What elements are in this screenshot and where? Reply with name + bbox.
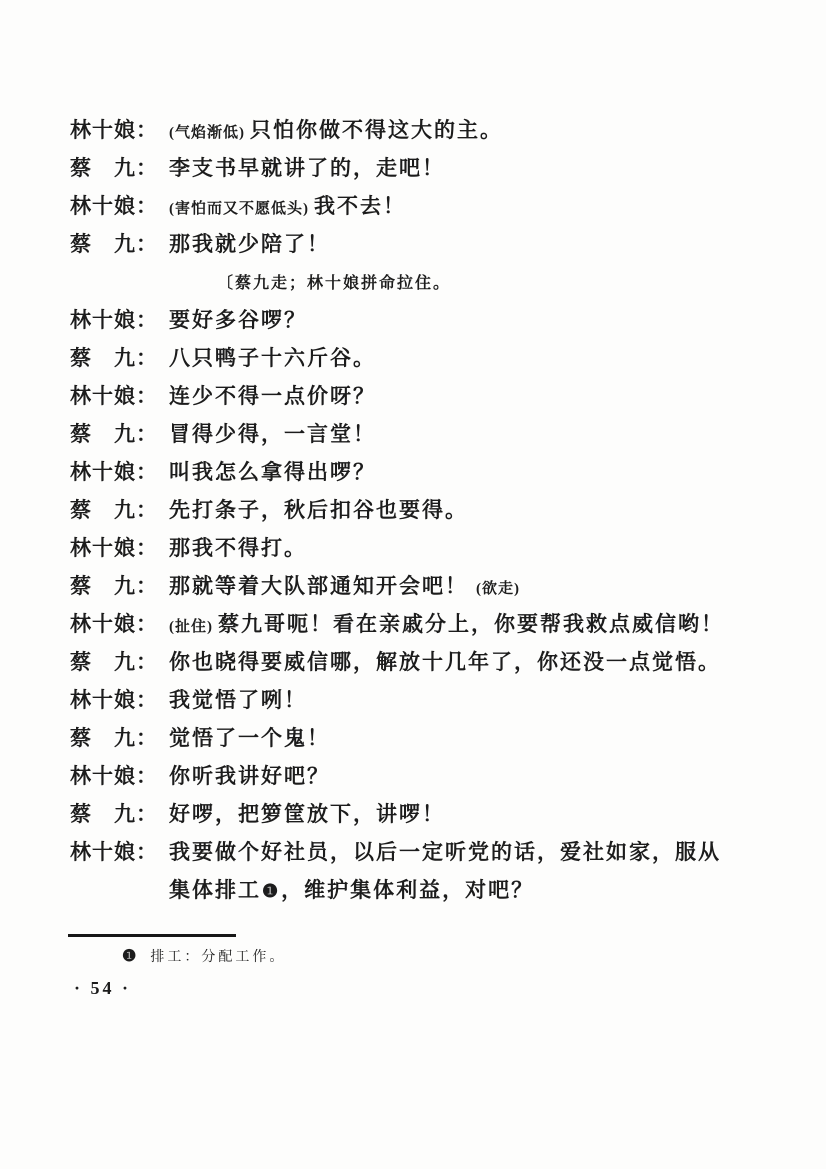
speaker-label: 蔡 九： — [70, 342, 169, 372]
speech-text: 冒得少得，一言堂！ — [169, 422, 376, 446]
speech-text: 那就等着大队部通知开会吧！ — [169, 574, 468, 598]
footnote-text: 排工：分配工作。 — [150, 946, 286, 966]
dialogue-line: 林十娘： (扯住)蔡九哥呃！看在亲戚分上，你要帮我救点威信哟！ — [70, 604, 776, 642]
speaker-label: 蔡 九： — [70, 722, 169, 752]
dialogue-line: 林十娘： 要好多谷啰？ — [70, 300, 776, 338]
footnote-marker: ❶ — [122, 946, 136, 966]
speaker-label: 蔡 九： — [70, 570, 169, 600]
speaker-label: 林十娘： — [70, 114, 169, 144]
page-number: · 54 · — [74, 978, 131, 999]
dialogue-line: 林十娘： 连少不得一点价呀？ — [70, 376, 776, 414]
dialogue-line: 林十娘： (害怕而又不愿低头)我不去！ — [70, 186, 776, 224]
speech-text: 那我不得打。 — [169, 536, 307, 560]
dialogue-line: 林十娘： 我觉悟了咧！ — [70, 680, 776, 718]
dialogue-line: 蔡 九： 好啰，把箩筐放下，讲啰！ — [70, 794, 776, 832]
dialogue-line: 蔡 九： 觉悟了一个鬼！ — [70, 718, 776, 756]
dialogue-line: 林十娘： 叫我怎么拿得出啰？ — [70, 452, 776, 490]
speech-text: 八只鸭子十六斤谷。 — [169, 346, 376, 370]
document-page: 林十娘： (气焰渐低)只怕你做不得这大的主。 蔡 九： 李支书早就讲了的，走吧！… — [0, 0, 826, 1169]
speaker-label: 蔡 九： — [70, 494, 169, 524]
speech-text: 连少不得一点价呀？ — [169, 384, 376, 408]
footnote-divider — [68, 934, 236, 937]
speaker-label: 蔡 九： — [70, 152, 169, 182]
speech-text: 先打条子，秋后扣谷也要得。 — [169, 498, 468, 522]
dialogue-continuation-line: 集体排工❶，维护集体利益，对吧？ — [70, 870, 776, 908]
dialogue-line: 林十娘： 你听我讲好吧？ — [70, 756, 776, 794]
dialogue-line: 林十娘： 我要做个好社员，以后一定听党的话，爱社如家，服从 — [70, 832, 776, 870]
dialogue-line: 蔡 九： 先打条子，秋后扣谷也要得。 — [70, 490, 776, 528]
speech-text: 集体排工 — [169, 878, 261, 902]
speaker-label: 林十娘： — [70, 190, 169, 220]
speech-text: 好啰，把箩筐放下，讲啰！ — [169, 802, 445, 826]
inline-stage-direction: (害怕而又不愿低头) — [169, 201, 309, 217]
dialogue-line: 林十娘： (气焰渐低)只怕你做不得这大的主。 — [70, 110, 776, 148]
speaker-label: 林十娘： — [70, 608, 169, 638]
speaker-label: 林十娘： — [70, 760, 169, 790]
dialogue-line: 蔡 九： 八只鸭子十六斤谷。 — [70, 338, 776, 376]
footnote: ❶ 排工：分配工作。 — [122, 946, 286, 966]
speaker-label: 林十娘： — [70, 532, 169, 562]
dialogue-line: 林十娘： 那我不得打。 — [70, 528, 776, 566]
speech-text: 只怕你做不得这大的主。 — [250, 118, 503, 142]
dialogue-line: 蔡 九： 你也晓得要威信哪，解放十几年了，你还没一点觉悟。 — [70, 642, 776, 680]
speaker-label: 蔡 九： — [70, 798, 169, 828]
speech-text: 觉悟了一个鬼！ — [169, 726, 330, 750]
speech-text: 李支书早就讲了的，走吧！ — [169, 156, 445, 180]
dialogue-line: 蔡 九： 那我就少陪了！ — [70, 224, 776, 262]
dialogue-line: 蔡 九： 李支书早就讲了的，走吧！ — [70, 148, 776, 186]
speaker-label: 林十娘： — [70, 836, 169, 866]
speech-text: 我要做个好社员，以后一定听党的话，爱社如家，服从 — [169, 840, 721, 864]
speech-text: 我不去！ — [314, 194, 406, 218]
inline-stage-direction: (欲走) — [476, 581, 520, 597]
speaker-label: 林十娘： — [70, 684, 169, 714]
dialogue-line: 蔡 九： 那就等着大队部通知开会吧！(欲走) — [70, 566, 776, 604]
speaker-label: 林十娘： — [70, 304, 169, 334]
footnote-reference-marker: ❶ — [262, 881, 280, 901]
speaker-label: 林十娘： — [70, 380, 169, 410]
speech-text: 我觉悟了咧！ — [169, 688, 307, 712]
inline-stage-direction: (扯住) — [169, 619, 213, 635]
speech-text: 你听我讲好吧？ — [169, 764, 330, 788]
speech-text: 你也晓得要威信哪，解放十几年了，你还没一点觉悟。 — [169, 650, 721, 674]
stage-direction-line: 〔蔡九走；林十娘拼命拉住。 — [70, 262, 776, 300]
speaker-label: 蔡 九： — [70, 646, 169, 676]
dialogue-line: 蔡 九： 冒得少得，一言堂！ — [70, 414, 776, 452]
speech-text: 那我就少陪了！ — [169, 232, 330, 256]
speech-text: 叫我怎么拿得出啰？ — [169, 460, 376, 484]
speech-text: 要好多谷啰？ — [169, 308, 307, 332]
script-dialogue-block: 林十娘： (气焰渐低)只怕你做不得这大的主。 蔡 九： 李支书早就讲了的，走吧！… — [70, 110, 776, 908]
speech-text: ，维护集体利益，对吧？ — [281, 878, 534, 902]
speech-text: 蔡九哥呃！看在亲戚分上，你要帮我救点威信哟！ — [218, 612, 724, 636]
speaker-label: 蔡 九： — [70, 418, 169, 448]
inline-stage-direction: (气焰渐低) — [169, 125, 245, 141]
speaker-label: 林十娘： — [70, 456, 169, 486]
speaker-label: 蔡 九： — [70, 228, 169, 258]
